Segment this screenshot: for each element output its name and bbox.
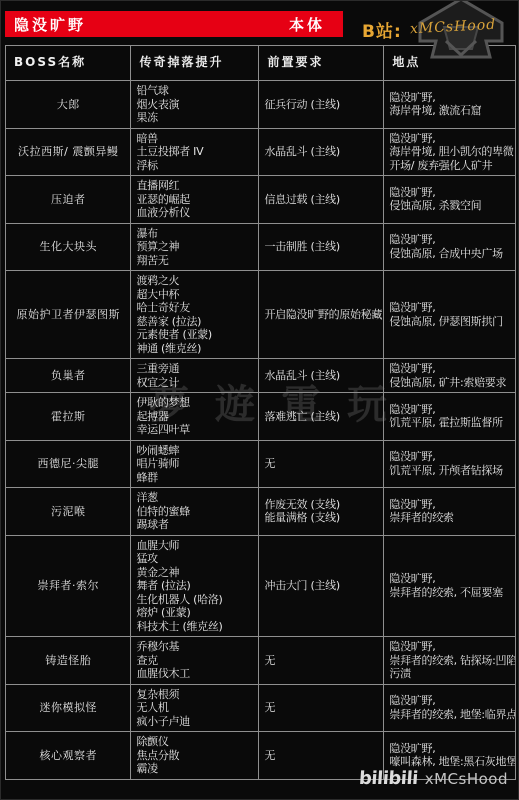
- drops-cell-line: 铅气球: [136, 84, 253, 98]
- bilibili-logo: bilibili: [358, 768, 418, 789]
- drops-cell: 血腥大师猛攻黄金之神舞者 (拉法)生化机器人 (哈洛)熔炉 (亚蒙)科技术士 (…: [131, 535, 259, 637]
- location-cell-line: 侵蚀高原, 矿井:索赔要求: [389, 376, 510, 390]
- table-row: 西德尼·尖腿吵闹蟋蟀唱片骑师蜂群无隐没旷野,饥荒平原, 开颅者钻探场: [6, 440, 516, 488]
- drops-cell-line: 血腥大师: [136, 539, 253, 553]
- location-cell-line: 隐没旷野,: [389, 362, 510, 376]
- location-cell-line: 污渍: [389, 667, 510, 681]
- drops-cell: 吵闹蟋蟀唱片骑师蜂群: [131, 440, 259, 488]
- location-cell: 隐没旷野,海岸骨境, 激流石窟: [384, 81, 516, 129]
- drops-cell-line: 权宜之计: [136, 376, 253, 390]
- requirements-cell-line: 信息过载 (主线): [264, 193, 378, 207]
- drops-cell-line: 无人机: [136, 701, 253, 715]
- drops-cell-line: 暗兽: [136, 132, 253, 146]
- location-cell-line: 侵蚀高原, 伊瑟图斯拱门: [389, 315, 510, 329]
- drops-cell-line: 乔穆尔基: [136, 640, 253, 654]
- drops-cell-line: 除颤仪: [136, 735, 253, 749]
- location-cell-line: 隐没旷野,: [389, 450, 510, 464]
- drops-cell-line: 伯特的蜜蜂: [136, 505, 253, 519]
- boss-name-cell: 污泥喉: [6, 488, 131, 536]
- location-cell-line: 崇拜者的绞索, 地堡:临界点: [389, 708, 510, 722]
- location-cell: 隐没旷野,饥荒平原, 开颅者钻探场: [384, 440, 516, 488]
- location-cell-line: 隐没旷野,: [389, 233, 510, 247]
- boss-name-cell: 负巢者: [6, 359, 131, 393]
- drops-cell-line: 幸运四叶草: [136, 423, 253, 437]
- location-cell-line: 饥荒平原, 霍拉斯监督所: [389, 416, 510, 430]
- location-cell-line: 隐没旷野,: [389, 186, 510, 200]
- location-cell: 隐没旷野,侵蚀高原, 伊瑟图斯拱门: [384, 271, 516, 359]
- table-row: 铸造怪胎乔穆尔基查克血腥伐木工无隐没旷野,崇拜者的绞索, 钻探场:凹陷污渍: [6, 637, 516, 685]
- requirements-cell: 一击制胜 (主线): [259, 223, 384, 271]
- location-cell-line: 隐没旷野,: [389, 742, 510, 756]
- drops-cell-line: 果冻: [136, 111, 253, 125]
- location-cell: 隐没旷野,崇拜者的绞索, 不屈要塞: [384, 535, 516, 637]
- footer: bilibili xMCsHood: [359, 768, 508, 789]
- location-cell-line: 隐没旷野,: [389, 91, 510, 105]
- drops-cell-line: 蜂群: [136, 471, 253, 485]
- drops-cell-line: 哈士奇好友: [136, 301, 253, 315]
- boss-name-cell: 核心观察者: [6, 732, 131, 780]
- location-cell-line: 海岸骨境, 激流石窟: [389, 104, 510, 118]
- drops-cell-line: 瀑布: [136, 227, 253, 241]
- drops-cell: 瀑布预算之神翔苦无: [131, 223, 259, 271]
- site-label: B站:: [362, 17, 402, 42]
- location-cell-line: 隐没旷野,: [389, 132, 510, 146]
- drops-cell: 洋葱伯特的蜜蜂踢球者: [131, 488, 259, 536]
- drops-cell-line: 复杂根须: [136, 688, 253, 702]
- location-cell-line: 隐没旷野,: [389, 694, 510, 708]
- location-cell: 隐没旷野,侵蚀高原, 合成中央广场: [384, 223, 516, 271]
- edition-badge: 本体: [289, 14, 325, 35]
- drops-cell-line: 超大中杯: [136, 288, 253, 302]
- drops-cell-line: 预算之神: [136, 240, 253, 254]
- requirements-cell: 无: [259, 637, 384, 685]
- requirements-cell: 冲击大门 (主线): [259, 535, 384, 637]
- requirements-cell: 水晶乱斗 (主线): [259, 359, 384, 393]
- table-row: 污泥喉洋葱伯特的蜜蜂踢球者作废无效 (支线)能量满格 (支线)隐没旷野,崇拜者的…: [6, 488, 516, 536]
- drops-cell-line: 焦点分散: [136, 749, 253, 763]
- drops-cell: 复杂根须无人机疯小子卢迪: [131, 684, 259, 732]
- requirements-cell: 水晶乱斗 (主线): [259, 128, 384, 176]
- footer-author: xMCsHood: [425, 770, 508, 788]
- table-row: 迷你模拟怪复杂根须无人机疯小子卢迪无隐没旷野,崇拜者的绞索, 地堡:临界点: [6, 684, 516, 732]
- drops-cell-line: 科技术士 (维克丝): [136, 620, 253, 634]
- drops-cell-line: 血液分析仪: [136, 206, 253, 220]
- drops-cell-line: 猛攻: [136, 552, 253, 566]
- requirements-cell-line: 落难逃亡 (主线): [264, 410, 378, 424]
- boss-name-cell: 崇拜者·索尔: [6, 535, 131, 637]
- drops-cell: 伊耿的梦想起搏器幸运四叶草: [131, 393, 259, 441]
- drops-cell-line: 熔炉 (亚蒙): [136, 606, 253, 620]
- drops-cell-line: 生化机器人 (哈洛): [136, 593, 253, 607]
- drops-cell-line: 翔苦无: [136, 254, 253, 268]
- table-row: 大郎铅气球烟火表演果冻征兵行动 (主线)隐没旷野,海岸骨境, 激流石窟: [6, 81, 516, 129]
- requirements-cell-line: 能量满格 (支线): [264, 511, 378, 525]
- requirements-cell-line: 开启隐没旷野的原始秘藏: [264, 308, 378, 322]
- boss-table: BOSS名称传奇掉落提升前置要求地点 大郎铅气球烟火表演果冻征兵行动 (主线)隐…: [5, 45, 516, 780]
- guide-page: 隐没旷野 本体 B站: xMCsHood BOSS名称传奇掉落提升前置要求地点 …: [0, 0, 519, 800]
- location-cell: 隐没旷野,饥荒平原, 霍拉斯监督所: [384, 393, 516, 441]
- brand-area: B站: xMCsHood: [348, 1, 516, 55]
- table-row: 霍拉斯伊耿的梦想起搏器幸运四叶草落难逃亡 (主线)隐没旷野,饥荒平原, 霍拉斯监…: [6, 393, 516, 441]
- requirements-cell: 作废无效 (支线)能量满格 (支线): [259, 488, 384, 536]
- drops-cell: 乔穆尔基查克血腥伐木工: [131, 637, 259, 685]
- drops-cell: 铅气球烟火表演果冻: [131, 81, 259, 129]
- requirements-cell: 无: [259, 684, 384, 732]
- drops-cell-line: 洋葱: [136, 491, 253, 505]
- drops-cell-line: 元素使者 (亚蒙): [136, 328, 253, 342]
- drops-cell-line: 黄金之神: [136, 566, 253, 580]
- requirements-cell: 征兵行动 (主线): [259, 81, 384, 129]
- location-cell-line: 崇拜者的绞索, 钻探场:凹陷: [389, 654, 510, 668]
- location-cell: 隐没旷野,崇拜者的绞索: [384, 488, 516, 536]
- requirements-cell: 信息过载 (主线): [259, 176, 384, 224]
- drops-cell: 直播网红亚瑟的崛起血液分析仪: [131, 176, 259, 224]
- drops-cell-line: 查克: [136, 654, 253, 668]
- drops-cell-line: 踢球者: [136, 518, 253, 532]
- table-row: 生化大块头瀑布预算之神翔苦无一击制胜 (主线)隐没旷野,侵蚀高原, 合成中央广场: [6, 223, 516, 271]
- drops-cell: 暗兽土豆投掷者 IV浮标: [131, 128, 259, 176]
- boss-name-cell: 迷你模拟怪: [6, 684, 131, 732]
- table-row: 压迫者直播网红亚瑟的崛起血液分析仪信息过载 (主线)隐没旷野,侵蚀高原, 杀戮空…: [6, 176, 516, 224]
- title-bar: 隐没旷野 本体: [5, 11, 343, 37]
- requirements-cell-line: 水晶乱斗 (主线): [264, 145, 378, 159]
- boss-name-cell: 压迫者: [6, 176, 131, 224]
- requirements-cell: 无: [259, 440, 384, 488]
- location-cell-line: 隐没旷野,: [389, 640, 510, 654]
- requirements-cell-line: 冲击大门 (主线): [264, 579, 378, 593]
- location-cell-line: 崇拜者的绞索: [389, 511, 510, 525]
- boss-name-cell: 生化大块头: [6, 223, 131, 271]
- location-cell: 隐没旷野,侵蚀高原, 杀戮空间: [384, 176, 516, 224]
- drops-cell-line: 烟火表演: [136, 98, 253, 112]
- drops-cell-line: 血腥伐木工: [136, 667, 253, 681]
- location-cell-line: 海岸骨境, 胆小凯尔的卑微: [389, 145, 510, 159]
- boss-name-cell: 铸造怪胎: [6, 637, 131, 685]
- drops-cell-line: 慈善家 (拉法): [136, 315, 253, 329]
- boss-name-cell: 西德尼·尖腿: [6, 440, 131, 488]
- location-cell: 隐没旷野,崇拜者的绞索, 钻探场:凹陷污渍: [384, 637, 516, 685]
- requirements-cell-line: 无: [264, 749, 378, 763]
- drops-cell: 三重旁通权宜之计: [131, 359, 259, 393]
- location-cell: 隐没旷野,崇拜者的绞索, 地堡:临界点: [384, 684, 516, 732]
- requirements-cell-line: 一击制胜 (主线): [264, 240, 378, 254]
- drops-cell-line: 亚瑟的崛起: [136, 193, 253, 207]
- requirements-cell-line: 无: [264, 654, 378, 668]
- drops-cell-line: 土豆投掷者 IV: [136, 145, 253, 159]
- table-row: 原始护卫者伊瑟图斯渡鸦之火超大中杯哈士奇好友慈善家 (拉法)元素使者 (亚蒙)神…: [6, 271, 516, 359]
- table-row: 崇拜者·索尔血腥大师猛攻黄金之神舞者 (拉法)生化机器人 (哈洛)熔炉 (亚蒙)…: [6, 535, 516, 637]
- drops-cell-line: 伊耿的梦想: [136, 396, 253, 410]
- requirements-cell-line: 作废无效 (支线): [264, 498, 378, 512]
- drops-cell-line: 渡鸦之火: [136, 274, 253, 288]
- location-cell: 隐没旷野,侵蚀高原, 矿井:索赔要求: [384, 359, 516, 393]
- drops-cell: 渡鸦之火超大中杯哈士奇好友慈善家 (拉法)元素使者 (亚蒙)神通 (维克丝): [131, 271, 259, 359]
- drops-cell-line: 三重旁通: [136, 362, 253, 376]
- location-cell-line: 隐没旷野,: [389, 301, 510, 315]
- requirements-cell: 开启隐没旷野的原始秘藏: [259, 271, 384, 359]
- requirements-cell-line: 水晶乱斗 (主线): [264, 369, 378, 383]
- location-cell-line: 隐没旷野,: [389, 498, 510, 512]
- location-cell-line: 隐没旷野,: [389, 572, 510, 586]
- drops-cell-line: 浮标: [136, 159, 253, 173]
- drops-cell-line: 吵闹蟋蟀: [136, 444, 253, 458]
- location-cell-line: 隐没旷野,: [389, 403, 510, 417]
- boss-name-cell: 大郎: [6, 81, 131, 129]
- column-header: BOSS名称: [6, 46, 131, 81]
- drops-cell-line: 直播网红: [136, 179, 253, 193]
- drops-cell: 除颤仪焦点分散霸凌: [131, 732, 259, 780]
- table-row: 负巢者三重旁通权宜之计水晶乱斗 (主线)隐没旷野,侵蚀高原, 矿井:索赔要求: [6, 359, 516, 393]
- location-cell-line: 崇拜者的绞索, 不屈要塞: [389, 586, 510, 600]
- boss-name-cell: 原始护卫者伊瑟图斯: [6, 271, 131, 359]
- location-cell-line: 侵蚀高原, 杀戮空间: [389, 199, 510, 213]
- boss-name-cell: 沃拉西斯/ 震颤异鳗: [6, 128, 131, 176]
- drops-cell-line: 霸凌: [136, 762, 253, 776]
- drops-cell-line: 疯小子卢迪: [136, 715, 253, 729]
- boss-name-cell: 霍拉斯: [6, 393, 131, 441]
- requirements-cell: 落难逃亡 (主线): [259, 393, 384, 441]
- requirements-cell-line: 无: [264, 701, 378, 715]
- location-cell: 隐没旷野,海岸骨境, 胆小凯尔的卑微开场/ 废弃强化人矿井: [384, 128, 516, 176]
- drops-cell-line: 舞者 (拉法): [136, 579, 253, 593]
- table-row: 沃拉西斯/ 震颤异鳗暗兽土豆投掷者 IV浮标水晶乱斗 (主线)隐没旷野,海岸骨境…: [6, 128, 516, 176]
- location-cell-line: 嚎叫森林, 地堡:黑石灰地堡: [389, 755, 510, 769]
- drops-cell-line: 神通 (维克丝): [136, 342, 253, 356]
- location-cell-line: 开场/ 废弃强化人矿井: [389, 159, 510, 173]
- drops-cell-line: 唱片骑师: [136, 457, 253, 471]
- column-header: 传奇掉落提升: [131, 46, 259, 81]
- page-title: 隐没旷野: [14, 14, 86, 35]
- requirements-cell-line: 无: [264, 457, 378, 471]
- location-cell-line: 饥荒平原, 开颅者钻探场: [389, 464, 510, 478]
- location-cell-line: 侵蚀高原, 合成中央广场: [389, 247, 510, 261]
- requirements-cell-line: 征兵行动 (主线): [264, 98, 378, 112]
- drops-cell-line: 起搏器: [136, 410, 253, 424]
